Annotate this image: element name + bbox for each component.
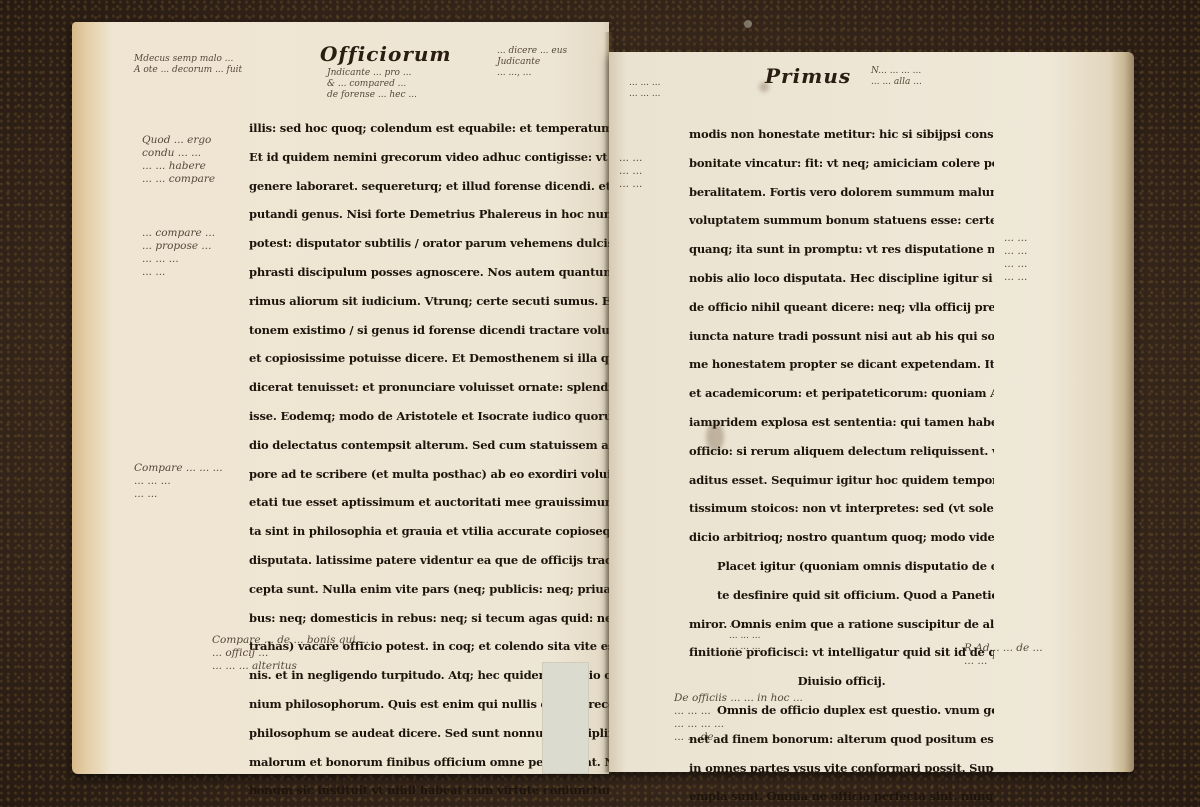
print-line: ta sint in philosophia et grauia et vtil… [249, 517, 609, 546]
annotation-left-margin-lower: Compare ... ... ... ... ... ... ... ... [134, 462, 244, 501]
print-line: et academicorum: et peripateticorum: quo… [689, 379, 994, 408]
print-line: tissimum stoicos: non vt interpretes: se… [689, 494, 994, 523]
paper-repair-patch [542, 662, 589, 774]
print-line: rimus aliorum sit iudicium. Vtrunq; cert… [249, 287, 609, 316]
print-line: dicerat tenuisset: et pronunciare voluis… [249, 373, 609, 402]
print-line: bus: neq; domesticis in rebus: neq; si t… [249, 604, 609, 633]
print-line: phrasti discipulum posses agnoscere. Nos… [249, 258, 609, 287]
print-line: bonitate vincatur: fit: vt neq; amicicia… [689, 149, 994, 178]
print-line: nobis alio loco disputata. Hec disciplin… [689, 264, 994, 293]
print-line: potest: disputator subtilis / orator par… [249, 229, 609, 258]
print-line: aditus esset. Sequimur igitur hoc quidem… [689, 466, 994, 495]
print-line: empla sunt. Omnia ne officia perfecta si… [689, 782, 994, 807]
print-line: iuncta nature tradi possunt nisi aut ab … [689, 322, 994, 351]
open-book: Officiorum Mdecus semp malo ... A ote ..… [72, 22, 1134, 782]
print-line: te desfinire quid sit officium. Quod a P… [689, 581, 994, 610]
print-line: et copiosissime potuisse dicere. Et Demo… [249, 344, 609, 373]
print-line: de officio nihil queant dicere: neq; vll… [689, 293, 994, 322]
right-page: Primus ... ... ... ... ... ... N... ... … [609, 52, 1134, 772]
print-line: net ad finem bonorum: alterum quod posit… [689, 725, 994, 754]
print-line: genere laboraret. sequereturq; et illud … [249, 172, 609, 201]
annotation-right-margin: ... ... ... ... ... ... ... ... [1004, 232, 1099, 284]
print-line: disputata. latissime patere videntur ea … [249, 546, 609, 575]
print-line: pore ad te scribere (et multa posthac) a… [249, 460, 609, 489]
print-line: trahas) vacare officio potest. in coq; e… [249, 632, 609, 661]
print-line: cepta sunt. Nulla enim vite pars (neq; p… [249, 575, 609, 604]
print-line: finitione proficisci: vt intelligatur qu… [689, 638, 994, 667]
ink-stain [759, 82, 769, 92]
print-line: me honestatem propter se dicant expetend… [689, 350, 994, 379]
left-page: Officiorum Mdecus semp malo ... A ote ..… [72, 22, 609, 774]
annotation-left-margin: ... ... ... ... ... ... [619, 152, 689, 191]
print-line: voluptatem summum bonum statuens esse: c… [689, 206, 994, 235]
print-line: dio delectatus contempsit alterum. Sed c… [249, 431, 609, 460]
print-line: iampridem explosa est sententia: qui tam… [689, 408, 994, 437]
annotation-left-margin-upper: Quod ... ergo condu ... ... ... ... habe… [142, 134, 252, 186]
print-line: putandi genus. Nisi forte Demetrius Phal… [249, 200, 609, 229]
print-line: etati tue esset aptissimum et auctoritat… [249, 488, 609, 517]
running-head-left: Officiorum [320, 42, 452, 66]
print-line: in omnes partes vsus vite conformari pos… [689, 754, 994, 783]
print-line: quanq; ita sunt in promptu: vt res dispu… [689, 235, 994, 264]
annotation-top-left: Mdecus semp malo ... A ote ... decorum .… [134, 54, 314, 76]
print-line: bonum sic instituit vt nihil habeat cum … [249, 776, 609, 805]
print-line: officio: si rerum aliquem delectum reliq… [689, 437, 994, 466]
print-line: tonem existimo / si genus id forense dic… [249, 316, 609, 345]
annotation-left-margin-middle: ... compare ... ... propose ... ... ... … [142, 227, 252, 279]
section-heading: Diuisio officij. [689, 667, 994, 696]
print-line: Et id quidem nemini grecorum video adhuc… [249, 143, 609, 172]
print-line: Omnis de officio duplex est questio. vnu… [689, 696, 994, 725]
annotation-top-right: N... ... ... ... ... ... alla ... [871, 66, 1111, 88]
right-printed-text: modis non honestate metitur: hic si sibi… [689, 120, 994, 807]
print-line: modis non honestate metitur: hic si sibi… [689, 120, 994, 149]
annotation-top-right: ... dicere ... eus Judicante ... ..., ..… [497, 46, 607, 79]
print-line: Placet igitur (quoniam omnis disputatio … [689, 552, 994, 581]
print-line: beralitatem. Fortis vero dolorem summum … [689, 178, 994, 207]
annotation-top-center: Jndicante ... pro ... & ... compared ...… [327, 68, 487, 101]
print-line: illis: sed hoc quoq; colendum est equabi… [249, 114, 609, 143]
print-line: miror. Omnis enim que a ratione suscipit… [689, 610, 994, 639]
print-line: isse. Eodemq; modo de Aristotele et Isoc… [249, 402, 609, 431]
print-line: dicio arbitrioq; nostro quantum quoq; mo… [689, 523, 994, 552]
